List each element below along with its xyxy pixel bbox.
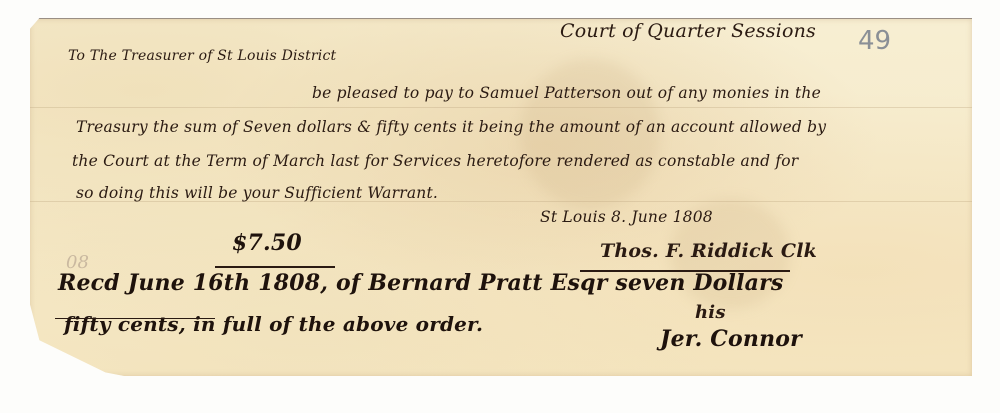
court-name: Court of Quarter Sessions bbox=[560, 20, 816, 42]
order-line-1: be pleased to pay to Samuel Patterson ou… bbox=[312, 84, 821, 102]
order-line-2: Treasury the sum of Seven dollars & fift… bbox=[76, 118, 826, 136]
order-line-3: the Court at the Term of March last for … bbox=[72, 152, 798, 170]
receipt-strike bbox=[55, 318, 215, 319]
clerk-signature: Thos. F. Riddick Clk bbox=[600, 240, 817, 262]
order-line-4: so doing this will be your Sufficient Wa… bbox=[76, 184, 438, 202]
amount: $7.50 bbox=[232, 230, 302, 256]
receipt-line-2: fifty cents, in full of the above order. bbox=[64, 312, 483, 336]
pencil-page-number: 49 bbox=[858, 26, 891, 56]
receipt-signature: Jer. Connor bbox=[660, 326, 802, 352]
addressee: To The Treasurer of St Louis District bbox=[68, 48, 336, 64]
receipt-line-1: Recd June 16th 1808, of Bernard Pratt Es… bbox=[58, 270, 784, 296]
fold-line bbox=[30, 107, 972, 108]
receipt-signature-initials: his bbox=[695, 302, 726, 323]
place-date: St Louis 8. June 1808 bbox=[540, 208, 713, 226]
amount-underline bbox=[215, 266, 335, 268]
